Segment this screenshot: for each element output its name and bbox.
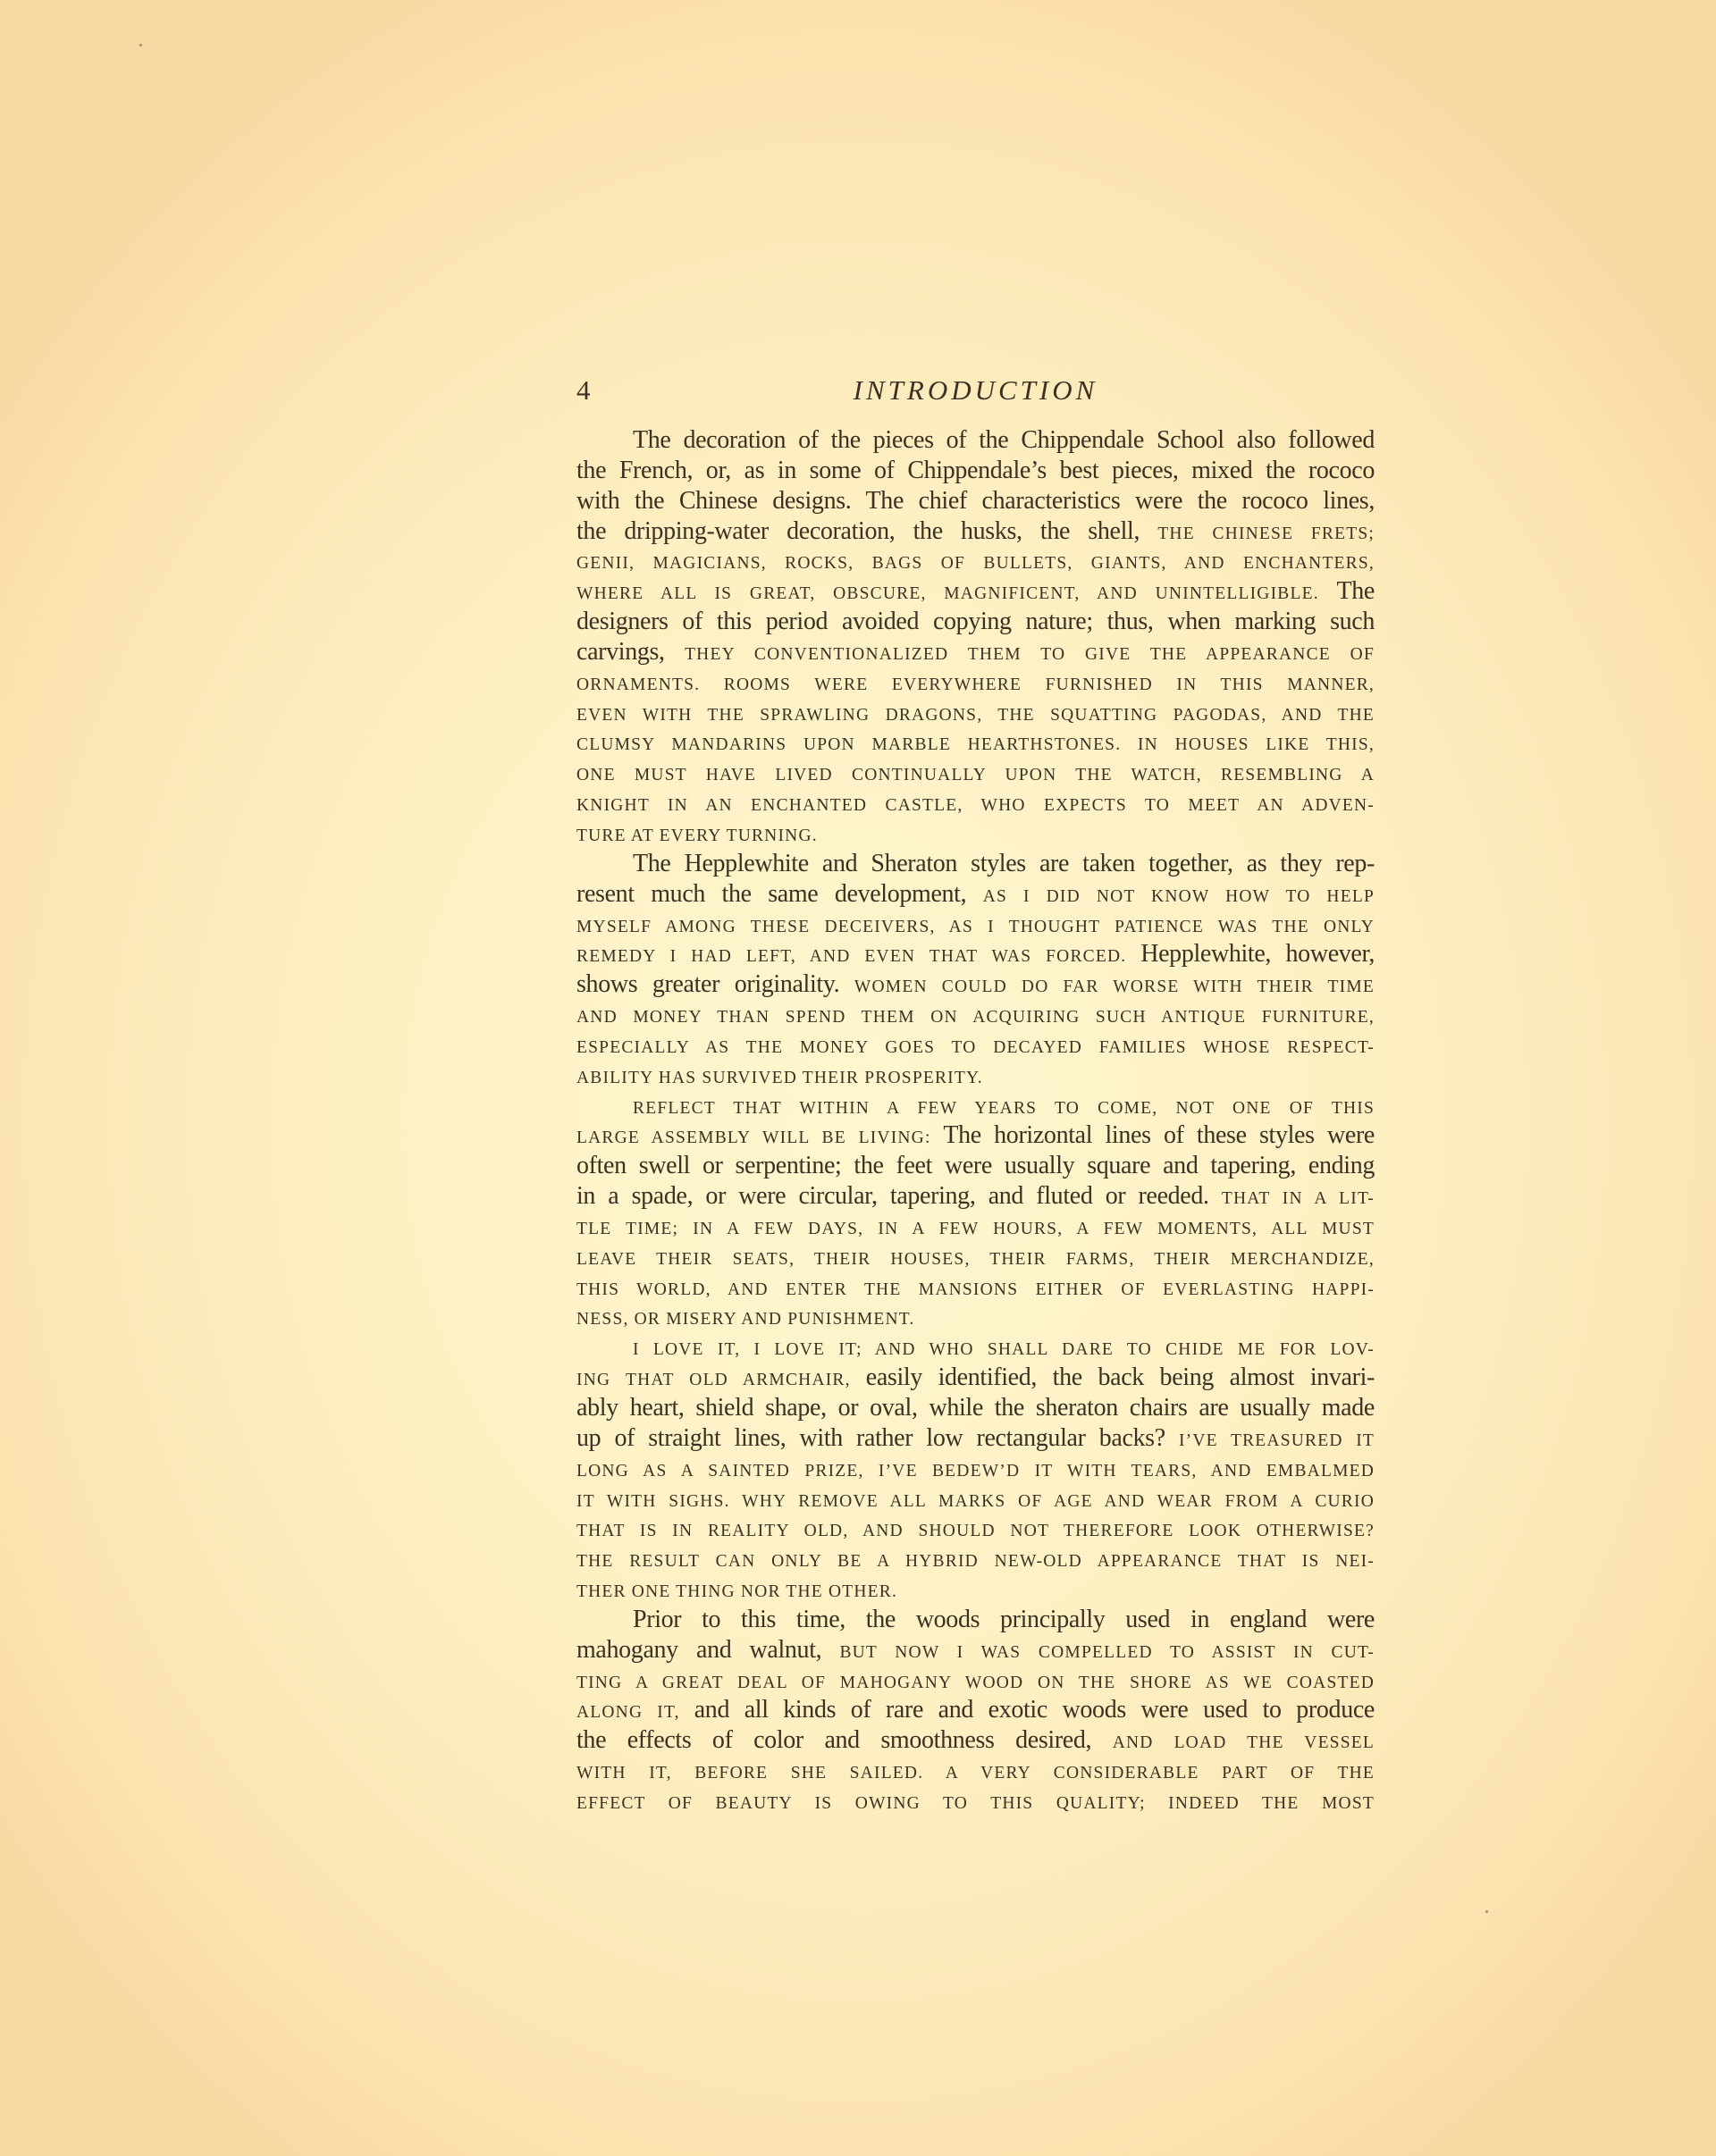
text-line: in a spade, or were circular, tapering, … — [576, 1181, 1375, 1212]
small-caps-text: one must have lived continually upon the… — [576, 766, 1375, 784]
text-line: knight in an enchanted castle, who expec… — [576, 788, 1375, 818]
text-line: with the Chinese designs. The chief char… — [576, 486, 1375, 516]
small-caps-text: it with sighs. why remove all marks of a… — [576, 1492, 1375, 1511]
text-line: The Hepplewhite and Sheraton styles are … — [576, 849, 1375, 879]
text-line: myself among these deceivers, as i thoug… — [576, 910, 1375, 940]
text-line: genii, magicians, rocks, bags of bullets… — [576, 546, 1375, 576]
paper-speck — [139, 44, 142, 46]
small-caps-text: effect of beauty is owing to this qualit… — [576, 1794, 1375, 1813]
text-line: mahogany and walnut, but now i was compe… — [576, 1635, 1375, 1665]
paper-speck — [1485, 1910, 1488, 1913]
small-caps-text: they conventionalized them to give the a… — [685, 645, 1375, 664]
small-caps-text: knight in an enchanted castle, who expec… — [576, 796, 1375, 815]
roman-text: mahogany and walnut, — [576, 1636, 839, 1664]
small-caps-text: this world, and enter the mansions eithe… — [576, 1280, 1375, 1299]
text-line: the result can only be a hybrid new-old … — [576, 1544, 1375, 1574]
small-caps-text: and load the vessel — [1113, 1733, 1375, 1752]
body-text: The decoration of the pieces of the Chip… — [576, 425, 1375, 1816]
text-line: one must have lived continually upon the… — [576, 758, 1375, 788]
text-line: ably heart, shield shape, or oval, while… — [576, 1393, 1375, 1423]
text-line: even with the sprawling dragons, the squ… — [576, 698, 1375, 728]
small-caps-text: and money than spend them on acquiring s… — [576, 1008, 1375, 1027]
roman-text: Hepplewhite, however, — [1140, 940, 1375, 968]
small-caps-text: especially as the money goes to decayed … — [576, 1038, 1375, 1057]
roman-text: and all kinds of rare and exotic woods w… — [694, 1696, 1375, 1724]
roman-text: The horizontal lines of these styles wer… — [943, 1121, 1375, 1149]
roman-text: the effects of color and smoothness desi… — [576, 1726, 1113, 1754]
small-caps-text: genii, magicians, rocks, bags of bullets… — [576, 554, 1375, 573]
text-line: this world, and enter the mansions eithe… — [576, 1272, 1375, 1303]
small-caps-text: where all is great, obscure, magnificent… — [576, 584, 1337, 603]
roman-text: easily identified, the back being almost… — [866, 1363, 1375, 1391]
roman-text: up of straight lines, with rather low re… — [576, 1424, 1179, 1452]
text-line: ting a great deal of mahogany wood on th… — [576, 1665, 1375, 1696]
text-line: designers of this period avoided copying… — [576, 607, 1375, 637]
text-line: effect of beauty is owing to this qualit… — [576, 1786, 1375, 1816]
text-line: clumsy mandarins upon marble hearthstone… — [576, 727, 1375, 758]
roman-text: carvings, — [576, 638, 685, 666]
small-caps-text: clumsy mandarins upon marble hearthstone… — [576, 735, 1375, 754]
text-line: and money than spend them on acquiring s… — [576, 1000, 1375, 1030]
small-caps-text: i’ve treasured it — [1179, 1431, 1375, 1450]
text-line: especially as the money goes to decayed … — [576, 1030, 1375, 1061]
small-caps-text: ture at every turning. — [576, 826, 818, 845]
small-caps-text: as i did not know how to help — [983, 887, 1375, 906]
small-caps-text: that in a lit- — [1222, 1189, 1375, 1208]
text-line: carvings, they conventionalized them to … — [576, 637, 1375, 667]
text-line: reflect that within a few years to come,… — [576, 1091, 1375, 1121]
small-caps-text: ornaments. rooms were everywhere furnish… — [576, 675, 1375, 694]
text-line: up of straight lines, with rather low re… — [576, 1423, 1375, 1454]
text-line: the effects of color and smoothness desi… — [576, 1725, 1375, 1756]
roman-text: The Hepplewhite and Sheraton styles are … — [633, 850, 1375, 877]
text-line: along it, and all kinds of rare and exot… — [576, 1695, 1375, 1725]
roman-text: the French, or, as in some of Chippendal… — [576, 457, 1375, 484]
small-caps-text: that is in reality old, and should not t… — [576, 1522, 1375, 1540]
text-line: ture at every turning. — [576, 818, 1375, 849]
text-line: with it, before she sailed. a very consi… — [576, 1756, 1375, 1786]
small-caps-text: leave their seats, their houses, their f… — [576, 1250, 1375, 1269]
text-line: ing that old armchair, easily identified… — [576, 1363, 1375, 1393]
small-caps-text: remedy i had left, and even that was for… — [576, 947, 1140, 966]
text-line: the French, or, as in some of Chippendal… — [576, 456, 1375, 486]
text-line: leave their seats, their houses, their f… — [576, 1242, 1375, 1272]
roman-text: with the Chinese designs. The chief char… — [576, 487, 1375, 515]
small-caps-text: myself among these deceivers, as i thoug… — [576, 918, 1375, 936]
text-line: tle time; in a few days, in a few hours,… — [576, 1212, 1375, 1242]
text-line: often swell or serpentine; the feet were… — [576, 1151, 1375, 1181]
text-line: long as a sainted prize, i’ve bedew’d it… — [576, 1454, 1375, 1484]
roman-text: designers of this period avoided copying… — [576, 608, 1375, 635]
small-caps-text: the chinese frets; — [1157, 524, 1375, 543]
text-line: resent much the same development, as i d… — [576, 879, 1375, 910]
small-caps-text: ting a great deal of mahogany wood on th… — [576, 1674, 1375, 1692]
roman-text: ably heart, shield shape, or oval, while… — [576, 1394, 1375, 1422]
small-caps-text: with it, before she sailed. a very consi… — [576, 1764, 1375, 1783]
book-page: 4 INTRODUCTION The decoration of the pie… — [0, 0, 1716, 2156]
roman-text: shows greater originality. — [576, 970, 854, 998]
small-caps-text: i love it, i love it; and who shall dare… — [633, 1340, 1375, 1359]
text-line: the dripping-water decoration, the husks… — [576, 516, 1375, 547]
text-line: that is in reality old, and should not t… — [576, 1514, 1375, 1544]
small-caps-text: ing that old armchair, — [576, 1371, 866, 1389]
roman-text: Prior to this time, the woods principall… — [633, 1606, 1375, 1633]
roman-text: The decoration of the pieces of the Chip… — [633, 426, 1375, 454]
running-title: INTRODUCTION — [576, 368, 1375, 413]
text-line: shows greater originality. women could d… — [576, 969, 1375, 1000]
small-caps-text: the result can only be a hybrid new-old … — [576, 1552, 1375, 1571]
small-caps-text: ability has survived their prosperity. — [576, 1069, 983, 1087]
small-caps-text: but now i was compelled to assist in cut… — [839, 1643, 1375, 1662]
small-caps-text: long as a sainted prize, i’ve bedew’d it… — [576, 1462, 1375, 1481]
text-line: where all is great, obscure, magnificent… — [576, 576, 1375, 607]
text-line: ness, or misery and punishment. — [576, 1302, 1375, 1332]
text-line: ther one thing nor the other. — [576, 1574, 1375, 1605]
text-line: ability has survived their prosperity. — [576, 1061, 1375, 1091]
text-line: remedy i had left, and even that was for… — [576, 939, 1375, 969]
roman-text: often swell or serpentine; the feet were… — [576, 1152, 1375, 1179]
text-line: i love it, i love it; and who shall dare… — [576, 1332, 1375, 1363]
small-caps-text: along it, — [576, 1703, 694, 1722]
text-line: it with sighs. why remove all marks of a… — [576, 1484, 1375, 1514]
roman-text: The — [1337, 577, 1375, 605]
text-line: Prior to this time, the woods principall… — [576, 1605, 1375, 1635]
small-caps-text: ther one thing nor the other. — [576, 1582, 897, 1601]
roman-text: in a spade, or were circular, tapering, … — [576, 1182, 1222, 1210]
small-caps-text: ness, or misery and punishment. — [576, 1310, 915, 1329]
small-caps-text: large assembly will be living: — [576, 1128, 943, 1147]
roman-text: the dripping-water decoration, the husks… — [576, 517, 1157, 545]
text-line: large assembly will be living: The horiz… — [576, 1120, 1375, 1151]
small-caps-text: reflect that within a few years to come,… — [633, 1099, 1375, 1118]
roman-text: resent much the same development, — [576, 880, 983, 908]
small-caps-text: women could do far worse with their time — [854, 977, 1375, 996]
small-caps-text: tle time; in a few days, in a few hours,… — [576, 1220, 1375, 1238]
text-line: The decoration of the pieces of the Chip… — [576, 425, 1375, 456]
running-head: 4 INTRODUCTION — [576, 368, 1375, 413]
small-caps-text: even with the sprawling dragons, the squ… — [576, 706, 1375, 725]
text-line: ornaments. rooms were everywhere furnish… — [576, 667, 1375, 698]
